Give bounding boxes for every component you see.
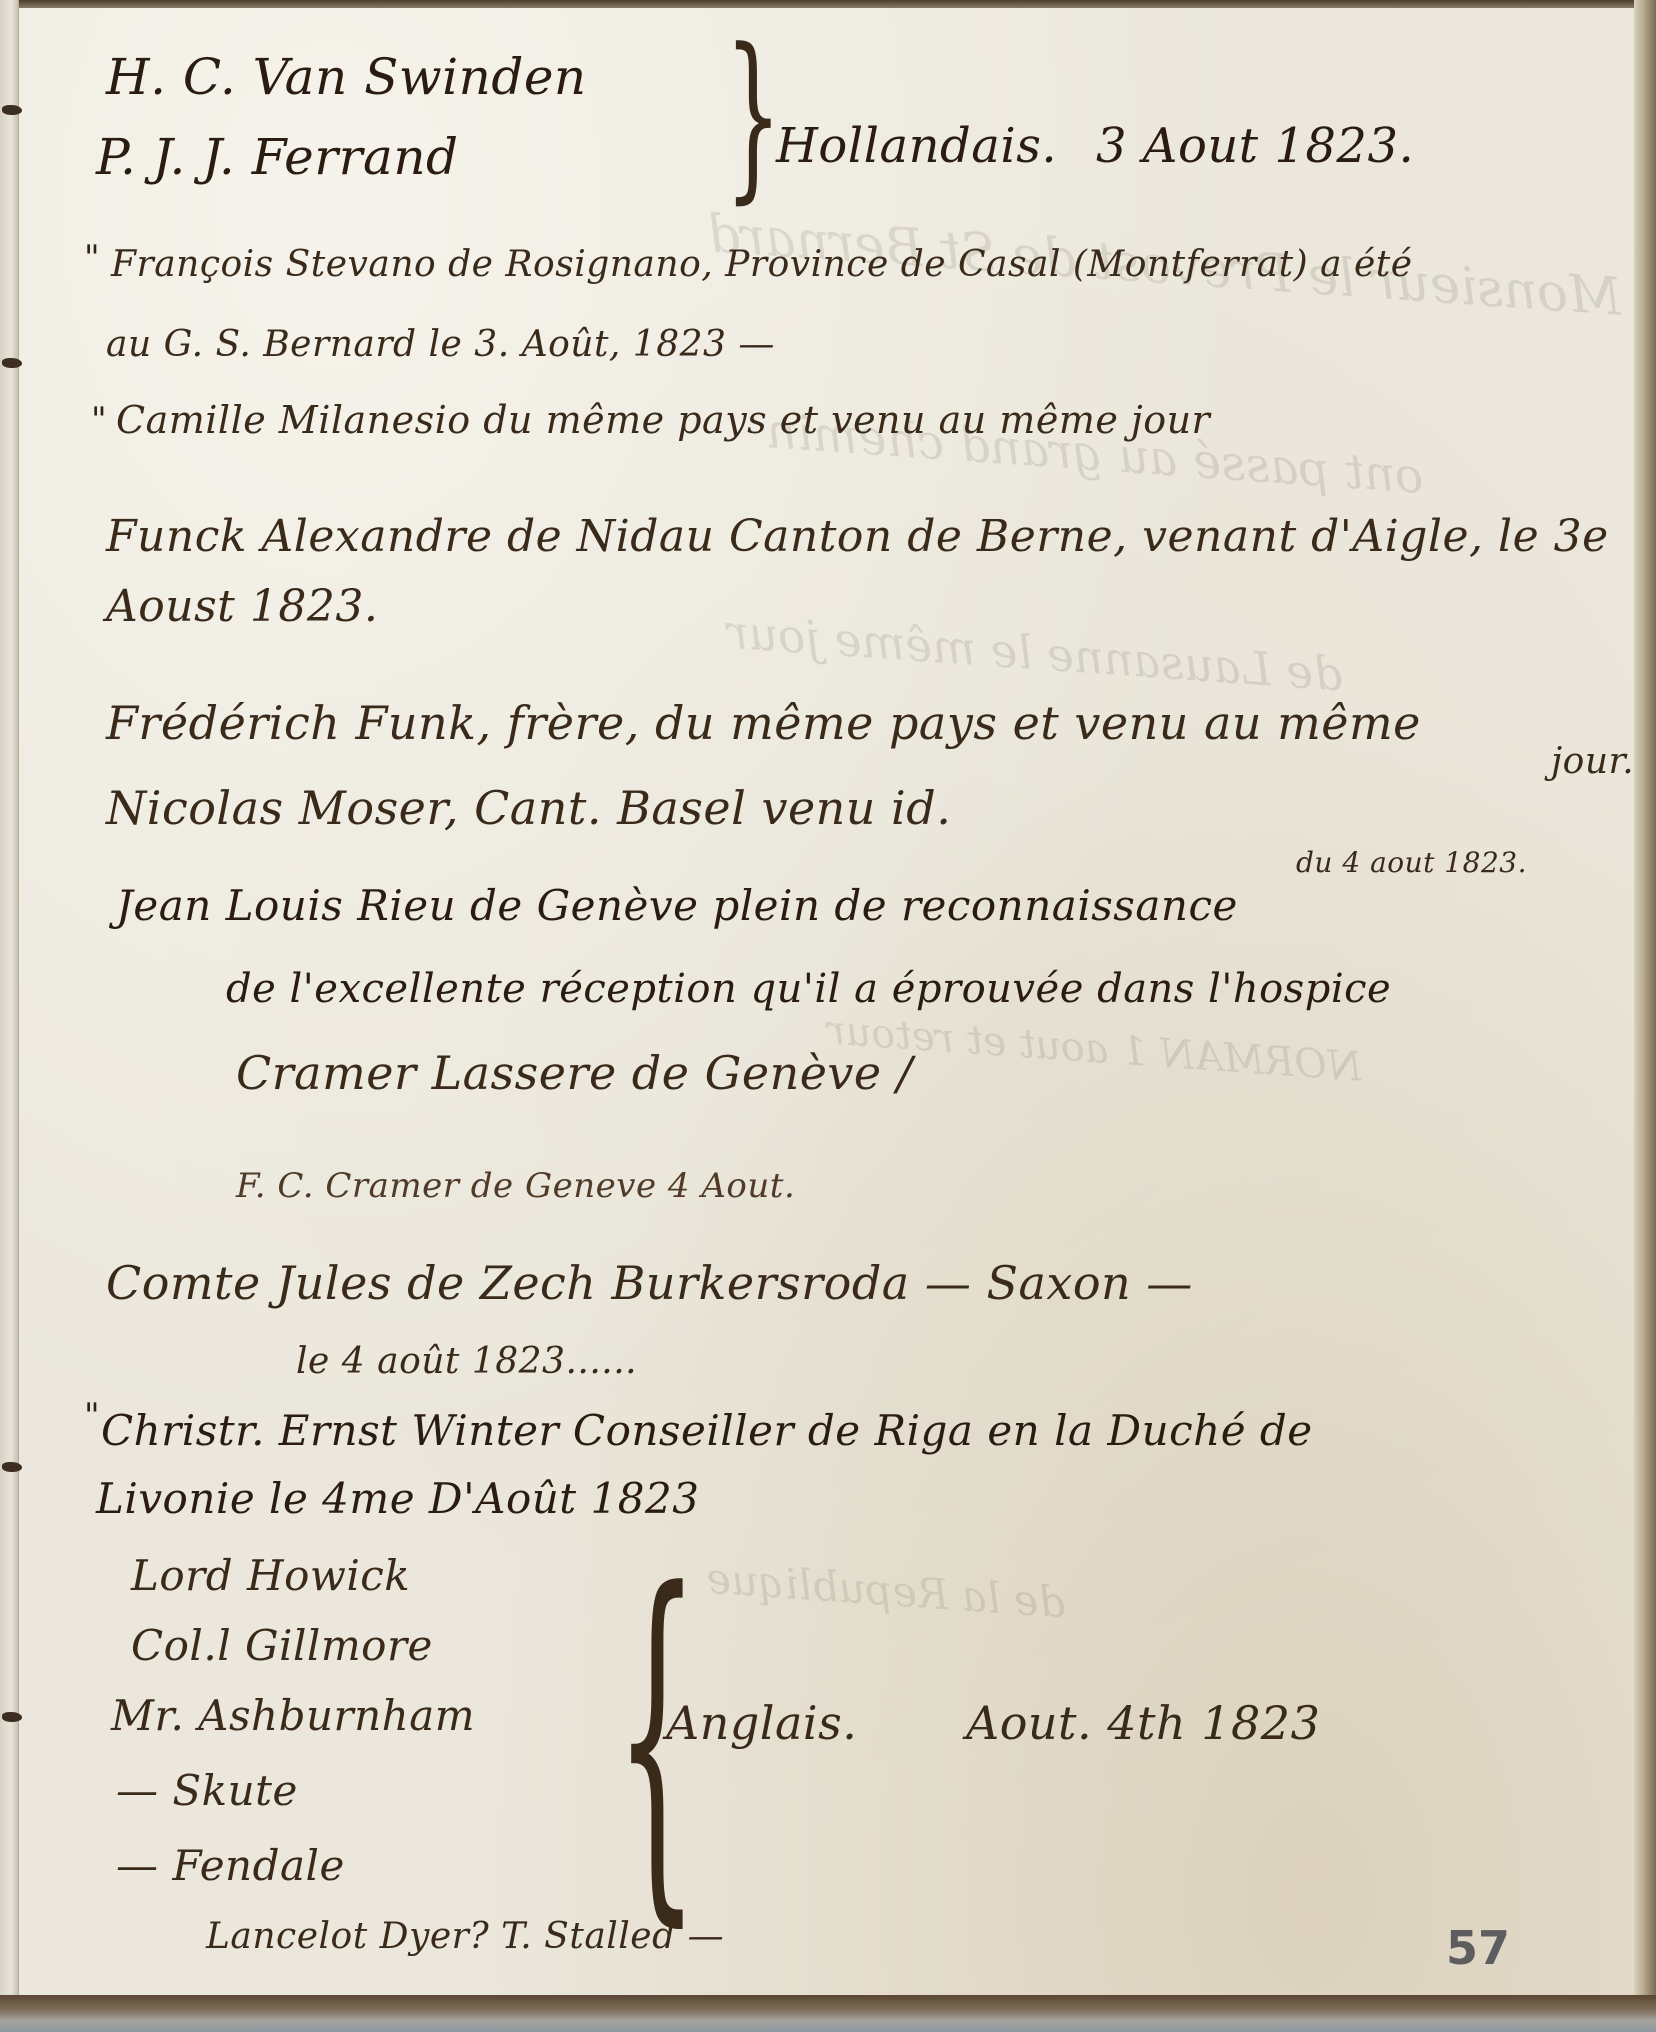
entry-4-line-2: Aoust 1823. xyxy=(106,581,378,632)
bleed-through-text: de Lausanne le même jour xyxy=(725,605,1345,702)
entry-1-name-1: H. C. Van Swinden xyxy=(106,48,587,106)
entry-12-name-5: — Fendale xyxy=(116,1841,345,1890)
entry-7-line-2: de l'excellente réception qu'il a éprouv… xyxy=(226,966,1391,1012)
ditto-mark: " xyxy=(84,1396,100,1436)
entry-10-line-2: le 4 août 1823...... xyxy=(296,1341,637,1382)
book-bottom-edge xyxy=(0,1995,1656,2032)
entry-1-date: 3 Aout 1823. xyxy=(1096,118,1414,174)
book-top-edge xyxy=(0,0,1656,8)
entry-12-name-2: Col.l Gillmore xyxy=(131,1621,433,1670)
entry-11-line-2: Livonie le 4me D'Août 1823 xyxy=(96,1474,699,1523)
entry-2-line-2: au G. S. Bernard le 3. Août, 1823 — xyxy=(106,324,775,365)
ditto-mark: " xyxy=(84,238,100,278)
entry-12-name-1: Lord Howick xyxy=(131,1551,410,1600)
entry-5-line-1: Frédérich Funk, frère, du même pays et v… xyxy=(106,696,1421,750)
binding-stitch xyxy=(2,105,22,115)
page-number: 57 xyxy=(1446,1921,1510,1975)
entry-12-nationality: Anglais. xyxy=(666,1696,857,1750)
entry-7-superscript-date: du 4 aout 1823. xyxy=(1296,846,1527,879)
entry-9-line-1: F. C. Cramer de Geneve 4 Aout. xyxy=(236,1166,795,1206)
entry-7-line-1: Jean Louis Rieu de Genève plein de recon… xyxy=(116,881,1238,930)
entry-1-name-2: P. J. J. Ferrand xyxy=(96,128,459,186)
ditto-mark: " xyxy=(91,400,107,440)
binding-stitch xyxy=(2,1462,22,1472)
entry-12-name-4: — Skute xyxy=(116,1766,298,1815)
entry-2-line-1: François Stevano de Rosignano, Province … xyxy=(111,244,1413,285)
entry-12-name-3: Mr. Ashburnham xyxy=(111,1691,475,1740)
entry-5-continuation: jour. xyxy=(1551,741,1634,782)
entry-1-brace: } xyxy=(725,26,782,206)
entry-4-line-1: Funck Alexandre de Nidau Canton de Berne… xyxy=(106,511,1609,562)
register-page: Monsieur le Prevost de St Bernard ont pa… xyxy=(6,6,1636,1999)
binding-stitch xyxy=(2,358,22,368)
entry-11-line-1: Christr. Ernst Winter Conseiller de Riga… xyxy=(101,1406,1313,1455)
entry-10-line-1: Comte Jules de Zech Burkersroda — Saxon … xyxy=(106,1256,1193,1310)
entry-12-date: Aout. 4th 1823 xyxy=(966,1696,1320,1750)
bleed-through-text: de la Republique xyxy=(705,1554,1067,1628)
entry-8-line-1: Cramer Lassere de Genève / xyxy=(236,1046,913,1100)
entry-6-line-1: Nicolas Moser, Cant. Basel venu id. xyxy=(106,781,951,835)
binding-stitch xyxy=(2,1712,22,1722)
binding-gutter xyxy=(0,0,19,2000)
entry-1-nationality: Hollandais. xyxy=(776,118,1057,174)
entry-3-line-1: Camille Milanesio du même pays et venu a… xyxy=(116,398,1210,442)
book-right-edge xyxy=(1634,0,1656,2032)
entry-13-line-1: Lancelot Dyer? T. Stalled — xyxy=(206,1916,724,1957)
